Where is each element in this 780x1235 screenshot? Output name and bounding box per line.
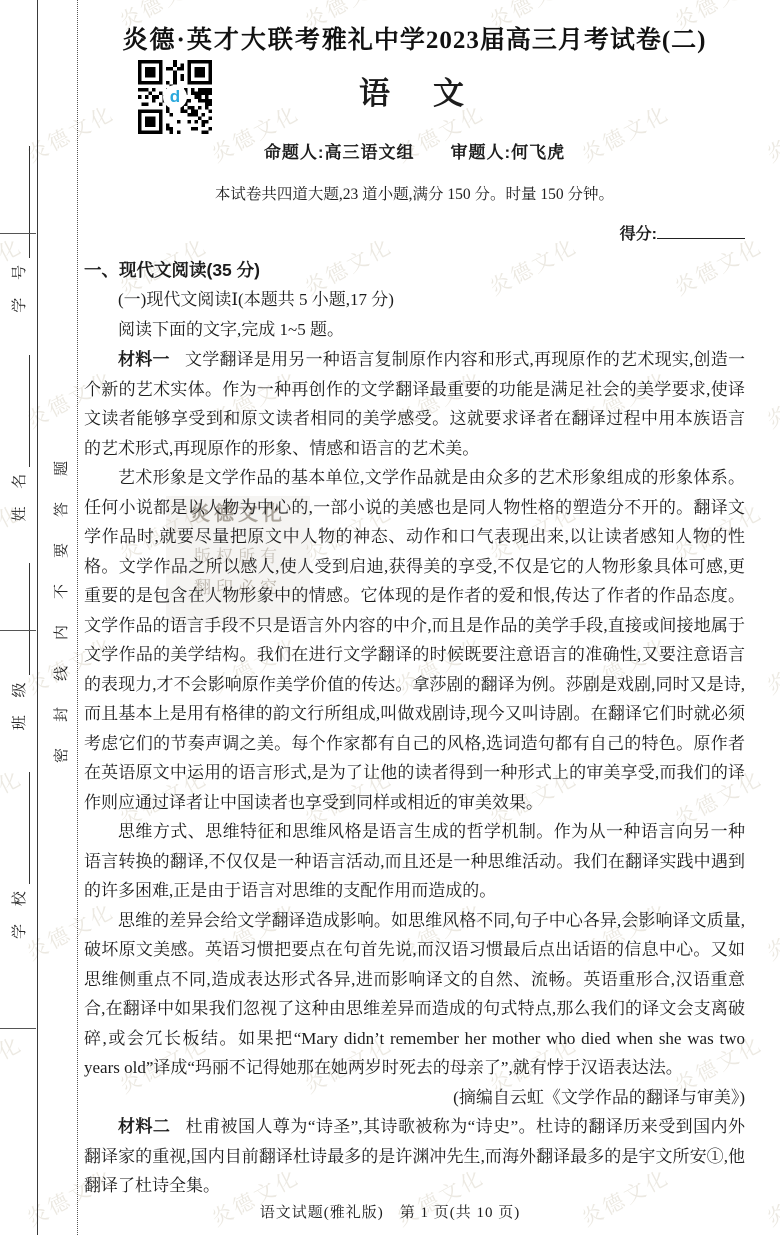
score-label: 得分: bbox=[620, 226, 657, 243]
page-footer: 语文试题(雅礼版) 第 1 页(共 10 页) bbox=[0, 1201, 780, 1222]
seal-notice: 密封线内不要答题 bbox=[40, 0, 80, 1235]
field-student-id: 学 号 bbox=[10, 104, 30, 313]
seal-fields: 学 校 班 级 姓 名 学 号 bbox=[0, 0, 40, 1235]
score-row: 得分: bbox=[84, 221, 745, 244]
reading-instruction: 阅读下面的文字,完成 1~5 题。 bbox=[84, 315, 745, 345]
paper-info-line: 本试卷共四道大题,23 道小题,满分 150 分。时量 150 分钟。 bbox=[84, 182, 745, 204]
qr-center-logo: d bbox=[163, 85, 187, 109]
subsection-title: (一)现代文阅读Ⅰ(本题共 5 小题,17 分) bbox=[84, 285, 745, 315]
fold-mark bbox=[0, 630, 36, 631]
exam-title-brand: 炎德·英才大联考 bbox=[123, 27, 322, 54]
exam-page: 炎德文化炎德文化炎德文化炎德文化炎德文化炎德文化炎德文化炎德文化炎德文化炎德文化… bbox=[0, 0, 780, 1235]
field-school-label: 学 校 bbox=[10, 884, 30, 939]
setters-line: 命题人:高三语文组 审题人:何飞虎 bbox=[84, 138, 745, 163]
paragraph-text: 文学翻译是用另一种语言复制原作内容和形式,再现原作的艺术现实,创造一个新的艺术实… bbox=[84, 350, 745, 458]
main-content: 炎德·英才大联考雅礼中学2023届高三月考试卷(二) d 语 文 命题人:高三语… bbox=[84, 0, 745, 1201]
fold-mark bbox=[0, 233, 36, 234]
paragraph-material-2: 材料二杜甫被国人尊为“诗圣”,其诗歌被称为“诗史”。杜诗的翻译历来受到国内外翻译… bbox=[84, 1112, 745, 1201]
paragraph-text: 杜甫被国人尊为“诗圣”,其诗歌被称为“诗史”。杜诗的翻译历来受到国内外翻译家的重… bbox=[84, 1117, 745, 1195]
paragraph-material-1: 材料一文学翻译是用另一种语言复制原作内容和形式,再现原作的艺术现实,创造一个新的… bbox=[84, 345, 745, 463]
source-attribution: (摘编自云虹《文学作品的翻译与审美》) bbox=[84, 1083, 745, 1113]
field-name-label: 姓 名 bbox=[10, 467, 30, 522]
field-class: 班 级 bbox=[10, 521, 30, 730]
field-school: 学 校 bbox=[10, 730, 30, 939]
exam-title: 炎德·英才大联考雅礼中学2023届高三月考试卷(二) bbox=[84, 26, 745, 56]
paragraph-text: 思维方式、思维特征和思维风格是语言生成的哲学机制。作为从一种语言向另一种语言转换… bbox=[84, 822, 745, 900]
score-blank-line bbox=[657, 224, 745, 239]
section-title: 一、现代文阅读(35 分) bbox=[84, 255, 745, 285]
qr-code-icon: d bbox=[138, 60, 212, 134]
field-class-blank-line bbox=[13, 563, 30, 675]
material-2-label: 材料二 bbox=[118, 1117, 170, 1136]
material-1-label: 材料一 bbox=[118, 350, 170, 369]
field-class-label: 班 级 bbox=[10, 675, 30, 730]
fold-mark bbox=[0, 1028, 36, 1029]
paragraph: 艺术形象是文学作品的基本单位,文学作品就是由众多的艺术形象组成的形象体系。任何小… bbox=[84, 463, 745, 817]
seal-solid-line bbox=[37, 0, 38, 1235]
field-student-id-label: 学 号 bbox=[10, 258, 30, 313]
paragraph-text: 思维的差异会给文学翻译造成影响。如思维风格不同,句子中心各异,会影响译文质量,破… bbox=[84, 911, 745, 1078]
paragraph: 思维方式、思维特征和思维风格是语言生成的哲学机制。作为从一种语言向另一种语言转换… bbox=[84, 817, 745, 906]
seal-rotated-strip: 学 校 班 级 姓 名 学 号 密封线内不要答题 bbox=[0, 0, 80, 1235]
paragraph-text: 艺术形象是文学作品的基本单位,文学作品就是由众多的艺术形象组成的形象体系。任何小… bbox=[84, 468, 745, 812]
field-student-id-blank-line bbox=[13, 146, 30, 258]
field-school-blank-line bbox=[13, 772, 30, 884]
exam-title-rest: 雅礼中学2023届高三月考试卷(二) bbox=[322, 27, 707, 54]
paragraph: 思维的差异会给文学翻译造成影响。如思维风格不同,句子中心各异,会影响译文质量,破… bbox=[84, 906, 745, 1083]
seal-dotted-line bbox=[77, 0, 78, 1235]
field-name: 姓 名 bbox=[10, 313, 30, 522]
field-name-blank-line bbox=[13, 355, 30, 467]
